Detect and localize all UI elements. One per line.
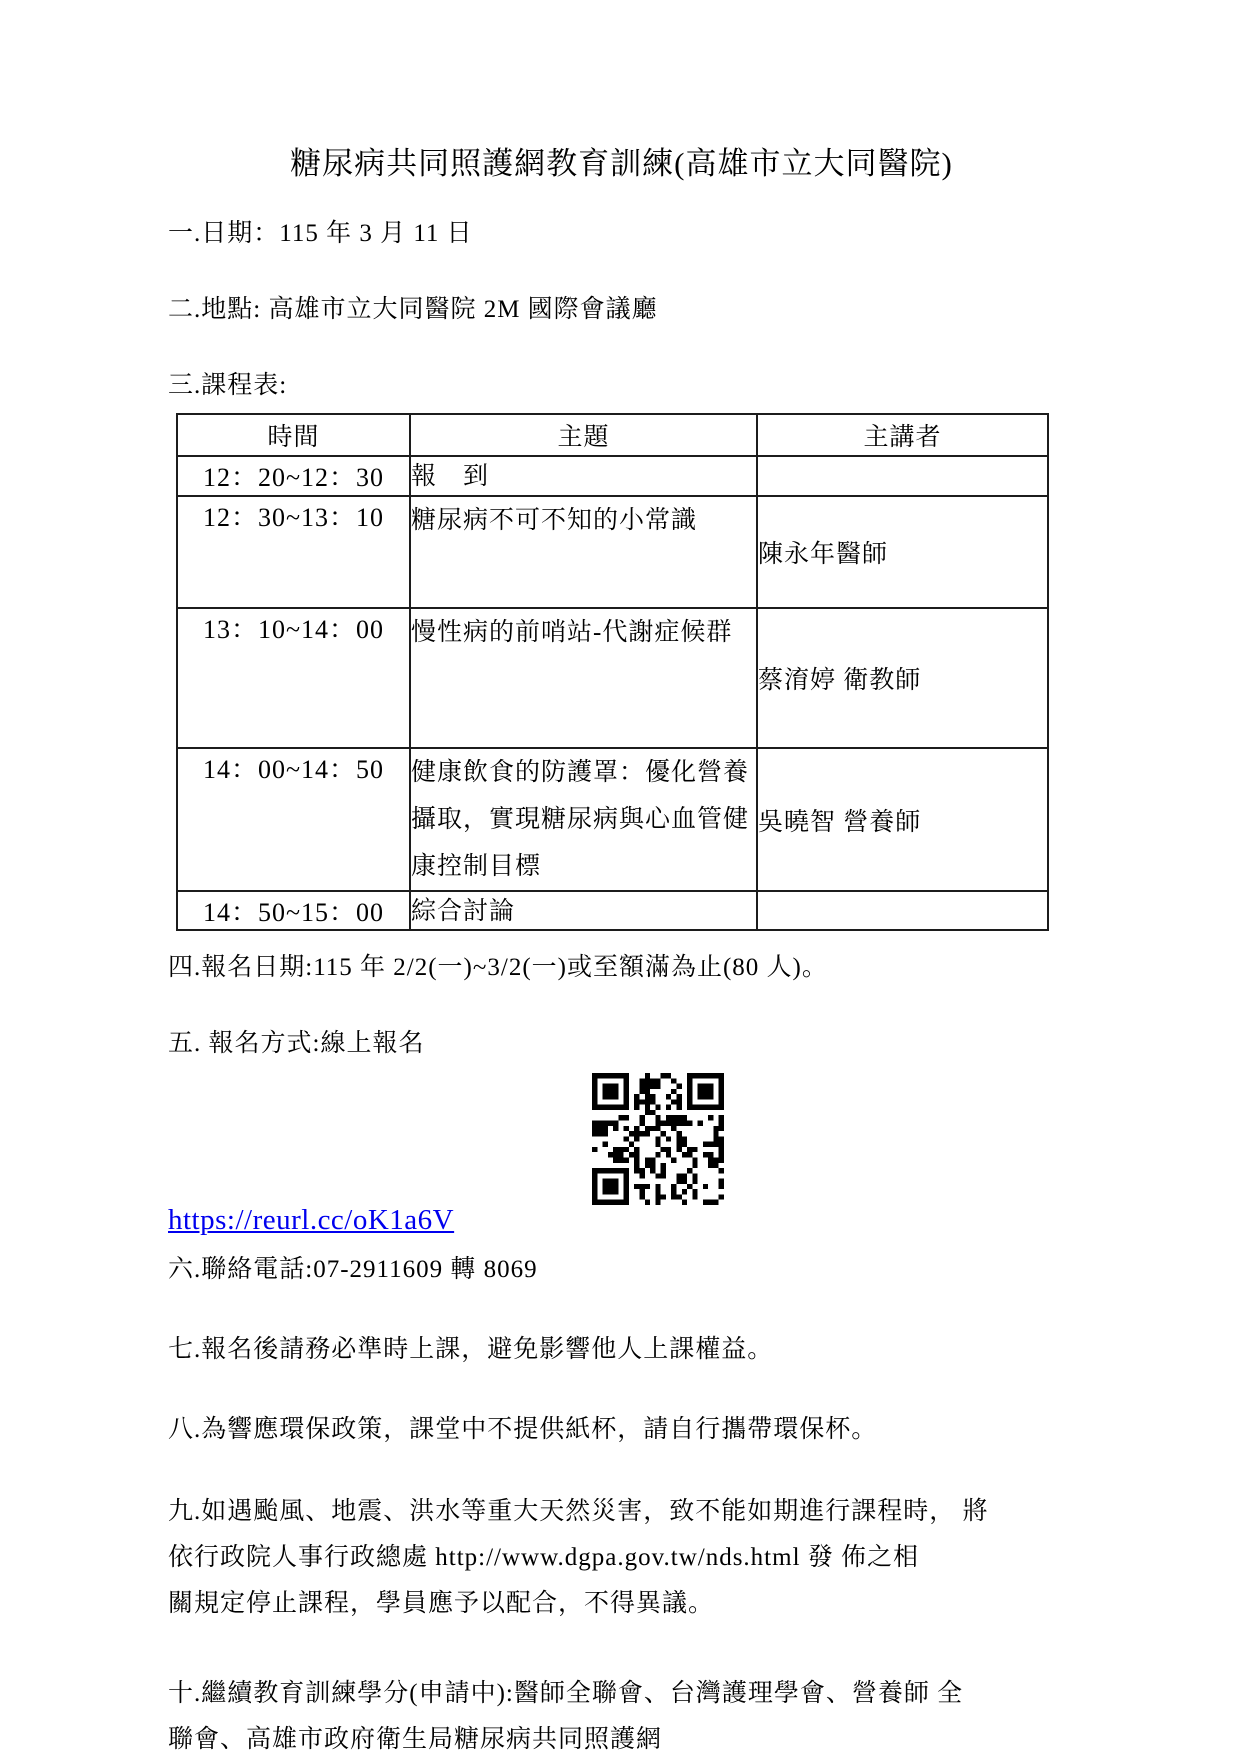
speaker-cell bbox=[757, 891, 1048, 930]
col-header-time: 時間 bbox=[177, 414, 410, 456]
credits-line-1: 十.繼續教育訓練學分(申請中):醫師全聯會、台灣護理學會、營養師 全 bbox=[168, 1671, 1141, 1717]
speaker-cell: 吳曉智 營養師 bbox=[757, 748, 1048, 891]
col-header-topic: 主題 bbox=[410, 414, 757, 456]
credits-line-2: 聯會、高雄市政府衛生局糖尿病共同照護網 bbox=[168, 1717, 1141, 1755]
registration-link[interactable]: https://reurl.cc/oK1a6V bbox=[168, 1204, 454, 1237]
time-cell: 14：00~14：50 bbox=[177, 748, 410, 891]
topic-cell: 健康飲食的防護罩：優化營養攝取，實現糖尿病與心血管健康控制目標 bbox=[410, 748, 757, 891]
speaker-cell bbox=[757, 456, 1048, 496]
document-page: 糖尿病共同照護網教育訓練(高雄市立大同醫院) 一.日期：115 年 3 月 11… bbox=[0, 0, 1241, 1755]
topic-cell: 慢性病的前哨站-代謝症候群 bbox=[410, 608, 757, 748]
col-header-speaker: 主講者 bbox=[757, 414, 1048, 456]
disaster-line-3: 關規定停止課程，學員應予以配合，不得異議。 bbox=[168, 1581, 1141, 1627]
time-cell: 12：30~13：10 bbox=[177, 496, 410, 608]
table-header-row: 時間 主題 主講者 bbox=[177, 414, 1048, 456]
registration-qr-code bbox=[590, 1073, 726, 1205]
item-registration-date-line: 四.報名日期:115 年 2/2(一)~3/2(一)或至額滿為止(80 人)。 bbox=[168, 947, 1141, 983]
time-cell: 14：50~15：00 bbox=[177, 891, 410, 930]
table-row: 12：30~13：10 糖尿病不可不知的小常識 陳永年醫師 bbox=[177, 496, 1048, 608]
disaster-line-2-suffix: 發 佈之相 bbox=[801, 1544, 920, 1571]
item-location-line: 二.地點: 高雄市立大同醫院 2M 國際會議廳 bbox=[168, 289, 1141, 325]
disaster-line-2-prefix: 依行政院人事行政總處 bbox=[168, 1544, 435, 1571]
speaker-cell: 陳永年醫師 bbox=[757, 496, 1048, 608]
disaster-line-2: 依行政院人事行政總處 http://www.dgpa.gov.tw/nds.ht… bbox=[168, 1535, 1141, 1581]
time-cell: 12：20~12：30 bbox=[177, 456, 410, 496]
item-schedule-label: 三.課程表: bbox=[168, 365, 1141, 401]
item-disaster-notice: 九.如遇颱風、地震、洪水等重大天然災害，致不能如期進行課程時， 將 依行政院人事… bbox=[168, 1489, 1141, 1627]
course-schedule-table: 時間 主題 主講者 12：20~12：30 報 到 12：30~13：10 糖尿… bbox=[176, 413, 1049, 931]
item-credits: 十.繼續教育訓練學分(申請中):醫師全聯會、台灣護理學會、營養師 全 聯會、高雄… bbox=[168, 1671, 1141, 1755]
table-row: 13：10~14：00 慢性病的前哨站-代謝症候群 蔡淯婷 衛教師 bbox=[177, 608, 1048, 748]
table-row: 14：00~14：50 健康飲食的防護罩：優化營養攝取，實現糖尿病與心血管健康控… bbox=[177, 748, 1048, 891]
topic-cell: 綜合討論 bbox=[410, 891, 757, 930]
disaster-line-1: 九.如遇颱風、地震、洪水等重大天然災害，致不能如期進行課程時， 將 bbox=[168, 1489, 1141, 1535]
item-registration-method-line: 五. 報名方式:線上報名 bbox=[168, 1023, 1141, 1059]
item-eco-line: 八.為響應環保政策，課堂中不提供紙杯，請自行攜帶環保杯。 bbox=[168, 1409, 1141, 1445]
table-row: 12：20~12：30 報 到 bbox=[177, 456, 1048, 496]
dgpa-url: http://www.dgpa.gov.tw/nds.html bbox=[435, 1544, 800, 1571]
table-row: 14：50~15：00 綜合討論 bbox=[177, 891, 1048, 930]
topic-cell: 報 到 bbox=[410, 456, 757, 496]
item-punctuality-line: 七.報名後請務必準時上課，避免影響他人上課權益。 bbox=[168, 1329, 1141, 1365]
time-cell: 13：10~14：00 bbox=[177, 608, 410, 748]
registration-block: https://reurl.cc/oK1a6V bbox=[168, 1065, 1075, 1237]
speaker-cell: 蔡淯婷 衛教師 bbox=[757, 608, 1048, 748]
item-contact-line: 六.聯絡電話:07-2911609 轉 8069 bbox=[168, 1249, 1141, 1285]
topic-cell: 糖尿病不可不知的小常識 bbox=[410, 496, 757, 608]
document-title: 糖尿病共同照護網教育訓練(高雄市立大同醫院) bbox=[168, 138, 1075, 183]
item-date-line: 一.日期：115 年 3 月 11 日 bbox=[168, 213, 1141, 249]
